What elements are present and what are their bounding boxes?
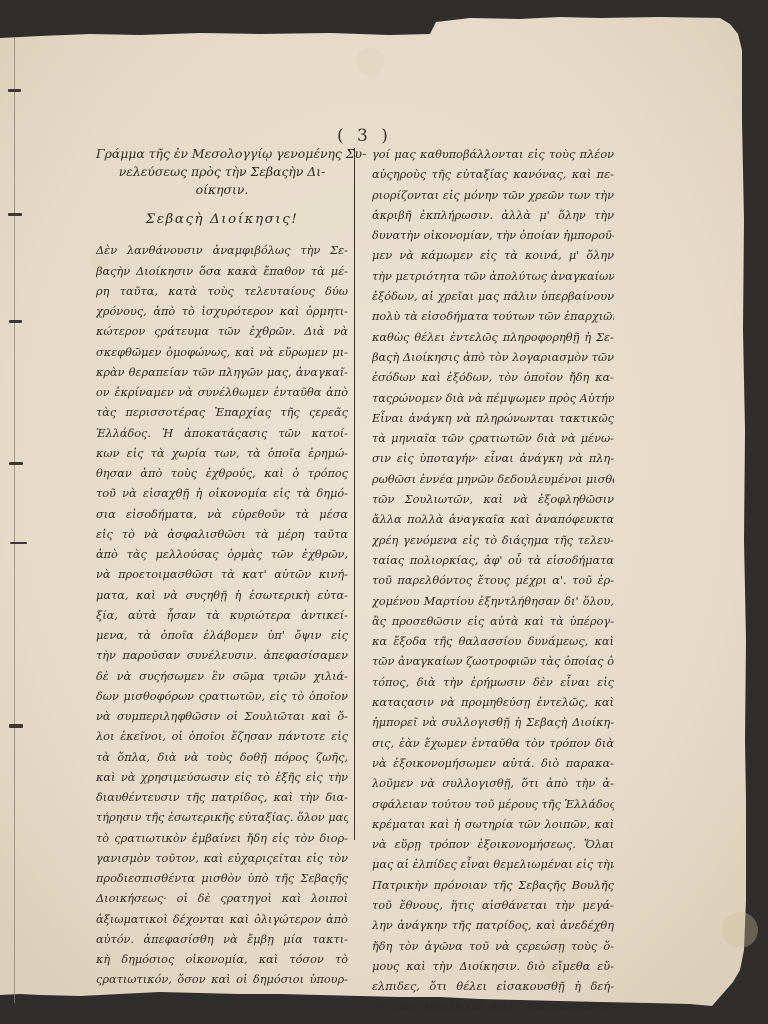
- text-line: κὴ δημόσιος οἰκονομία, καὶ τόσον τὸ: [96, 950, 348, 970]
- text-line: βαςὴ Διοίκησις ἀπὸ τὸν λογαριασμὸν τῶν: [372, 348, 614, 368]
- text-line: διαυθέντευσιν τῆς πατρίδος, καὶ τὴν δια-: [96, 788, 348, 808]
- text-line: αὐςηροὺς τῆς εὐταξίας κανόνας, καὶ πε-: [372, 165, 614, 185]
- text-line: βαςὴν Διοίκησιν ὅσα κακὰ ἔπαθον τὰ μέ-: [96, 262, 348, 282]
- text-line: τῶν ἀναγκαίων ζωοτροφιῶν τὰς ὁποίας ὁ: [372, 652, 614, 672]
- text-line: τοῦ νὰ εἰσαχθῇ ἡ οἰκονομία εἰς τὰ δημό-: [96, 484, 348, 504]
- text-line: ελπιδες, ὅτι θέλει εἰσακουσθῇ ἡ δεή-: [372, 977, 614, 997]
- text-line: ρωθῶσι ἐννέα μηνῶν δεδουλευμένοι μισθοὶ: [372, 470, 614, 490]
- text-line: σις, ἐὰν ἔχωμεν ἐνταῦθα τὸν τρόπον διὰ: [372, 734, 614, 754]
- binding-fold-line: [14, 38, 15, 1003]
- text-line: σίς μας, ἐπειδὴ καὶ ἡμεῖς προσπαθοῦντες: [372, 997, 614, 1017]
- text-line: ἂς προσεθῶσιν εἰς αὐτὰ καὶ τὰ ὑπέρογ-: [372, 612, 614, 632]
- text-line: τὸ ςρατιωτικὸν ἐμβαίνει ἤδη εἰς τὸν διορ…: [96, 829, 348, 849]
- text-line: νὰ συμπεριληφθῶσιν οἱ Σουλιῶται καὶ ὅ-: [96, 707, 348, 727]
- letter-heading: Γράμμα τῆς ἐν Μεσολογγίῳ γενομένης Συ- ν…: [96, 145, 348, 198]
- text-line: τοῦ παρελθόντος ἔτους μέχρι α'. τοῦ ἐρ-: [372, 571, 614, 591]
- text-line: νὰ ἐξοικονομήσωμεν αὐτά. διὸ παρακα-: [372, 754, 614, 774]
- text-line: κώτερον ςράτευμα τῶν ἐχθρῶν. Διὰ νὰ: [96, 322, 348, 342]
- text-line: Διοικήσεως· οἱ δὲ ςρατηγοὶ καὶ λοιποὶ: [96, 889, 348, 909]
- text-line: Εἶναι ἀνάγκη νὰ πληρώνωνται τακτικῶς: [372, 409, 614, 429]
- text-line: καταςασιν νὰ προμηθεύσῃ ἐντελῶς, καὶ: [372, 693, 614, 713]
- text-line: κρὰν θεραπείαν τῶν πληγῶν μας, ἀναγκαῖ-: [96, 363, 348, 383]
- text-line: σφάλειαν τούτου τοῦ μέρους τῆς Ἑλλάδος: [372, 795, 614, 815]
- text-line: τὰς περισσοτέρας Ἐπαρχίας τῆς ςερεᾶς: [96, 403, 348, 423]
- text-line: ἄλλα πολλὰ ἀναγκαῖα καὶ ἀναπόφευκτα: [372, 510, 614, 530]
- text-line: λοι ἐκεῖνοι, οἱ ὁποῖοι ἔζησαν πάντοτε εἰ…: [96, 727, 348, 747]
- text-line: μενα, τὰ ὁποῖα ἐλάβομεν ὑπ' ὄψιν εἰς: [96, 626, 348, 646]
- text-line: γοί μας καθυποβάλλονται εἰς τοὺς πλέον: [372, 145, 614, 165]
- text-line: δυνατὴν οἰκονομίαν, τὴν ὁποίαν ἠμποροῦ-: [372, 226, 614, 246]
- text-line: μεν νὰ κάμωμεν εἰς τὰ κοινά, μ' ὅλην: [372, 246, 614, 266]
- text-line: ἀξιωματικοὶ δέχονται καὶ ὀλιγώτερον ἀπὸ: [96, 910, 348, 930]
- heading-line: οίκησιν.: [96, 181, 348, 199]
- text-line: τὰ μηνιαῖα τῶν ςρατιωτῶν διὰ νὰ μένω-: [372, 429, 614, 449]
- text-line: θησαν ἀπὸ τοὺς ἐχθρούς, καὶ ὁ τρόπος: [96, 464, 348, 484]
- text-line: τοῦ ἔθνους, ἥτις αἰσθάνεται τὴν μεγά-: [372, 896, 614, 916]
- left-column-body: Δὲν λανθάνουσιν ἀναμφιβόλως τὴν Σε- βαςὴ…: [96, 241, 348, 990]
- text-line: ριορίζονται εἰς μόνην τῶν χρεῶν των τὴν: [372, 186, 614, 206]
- text-line: ἐξόδων, αἱ χρεῖαι μας πάλιν ὑπερβαίνουν: [372, 287, 614, 307]
- text-line: δων μισθοφόρων ςρατιωτῶν, εἰς τὸ ὁποῖον: [96, 687, 348, 707]
- text-line: τῶν Σουλιωτῶν, καὶ νὰ ἐξοφληθῶσιν: [372, 490, 614, 510]
- binding-stitch-mark: [8, 89, 21, 92]
- page-number: ( 3 ): [337, 126, 392, 146]
- binding-stitch-mark: [9, 462, 23, 465]
- text-line: τὰ ὅπλα, διὰ νὰ τοὺς δοθῇ πόρος ζωῆς,: [96, 748, 348, 768]
- salutation: Σεβαςὴ Διοίκησις!: [96, 212, 348, 227]
- heading-line: νελεύσεως πρὸς τὴν Σεβαςὴν Δι-: [96, 163, 348, 181]
- text-line: ρη ταῦτα, κατὰ τοὺς τελευταίους δύω: [96, 282, 348, 302]
- column-divider-rule: [354, 148, 355, 840]
- binding-stitch-mark: [10, 542, 27, 544]
- text-line: κρέμαται καὶ ἡ σωτηρία τῶν λοιπῶν, καὶ: [372, 815, 614, 835]
- text-line: νὰ προετοιμασθῶσι τὰ κατ' αὐτῶν κινή-: [96, 565, 348, 585]
- text-line: τὴν παροῦσαν συνέλευσιν. ἀπεφασίσαμεν: [96, 646, 348, 666]
- text-line: ξία, αὐτὰ ἦσαν τὰ κυριώτερα ἀντικεί-: [96, 606, 348, 626]
- text-line: κων εἰς τὰ χωρία των, τὰ ὁποῖα ἐρημώ-: [96, 444, 348, 464]
- text-line: δὲ νὰ συςήσωμεν ἓν σῶμα τριῶν χιλιά-: [96, 667, 348, 687]
- text-line: ἀκριβῆ ἐκπλήρωσιν. ἀλλὰ μ' ὅλην τὴν: [372, 206, 614, 226]
- left-text-column: Γράμμα τῆς ἐν Μεσολογγίῳ γενομένης Συ- ν…: [96, 145, 348, 991]
- text-line: Πατρικὴν πρόνοιαν τῆς Σεβαςῆς Βουλῆς: [372, 876, 614, 896]
- text-line: Ἑλλάδος. Ἡ ἀποκατάςασις τῶν κατοί-: [96, 424, 348, 444]
- text-line: Δὲν λανθάνουσιν ἀναμφιβόλως τὴν Σε-: [96, 241, 348, 261]
- binding-stitch-mark: [9, 320, 22, 323]
- text-line: μους καὶ τὴν Διοίκησιν. διὸ εἴμεθα εὔ-: [372, 957, 614, 977]
- text-line: ἠμπορεῖ νὰ συλλογισθῇ ἡ Σεβαςὴ Διοίκη-: [372, 713, 614, 733]
- text-line: γανισμὸν τοῦτον, καὶ εὐχαριςεῖται εἰς τὸ…: [96, 849, 348, 869]
- text-line: ἐσόδων καὶ ἐξόδων, τὸν ὁποῖον ἤδη κα-: [372, 368, 614, 388]
- text-line: χρέη γενόμενα εἰς τὸ διάςημα τῆς τελευ-: [372, 531, 614, 551]
- text-line: νὰ εὕρῃ τρόπον ἐξοικονομήσεως. Ὅλαι: [372, 835, 614, 855]
- text-line: λην ἀνάγκην τῆς πατρίδος, καὶ ἀνεδέχθη: [372, 916, 614, 936]
- text-line: τὴν μετριότητα τῶν ἀπολύτως ἀναγκαίων: [372, 267, 614, 287]
- right-text-column: γοί μας καθυποβάλλονται εἰς τοὺς πλέον α…: [372, 145, 614, 1018]
- text-line: ςρατιωτικόν, ὅσον καὶ οἱ δημόσιοι ὑπουρ-: [96, 970, 348, 990]
- heading-line: Γράμμα τῆς ἐν Μεσολογγίῳ γενομένης Συ-: [96, 145, 348, 163]
- text-line: ἤδη τὸν ἀγῶνα τοῦ νὰ ςερεώσῃ τοὺς ὅ-: [372, 937, 614, 957]
- binding-stitch-mark: [8, 213, 22, 216]
- text-line: κα ἔξοδα τῆς θαλασσίου δυνάμεως, καὶ: [372, 632, 614, 652]
- text-line: καὶ νὰ χρησιμεύσωσιν εἰς τὸ ἑξῆς εἰς τὴν: [96, 768, 348, 788]
- text-line: τόπος, διὰ τὴν ἐρήμωσιν δὲν εἶναι εἰς: [372, 673, 614, 693]
- text-line: λοῦμεν νὰ συλλογισθῇ, ὅτι ἀπὸ τὴν ἀ-: [372, 774, 614, 794]
- text-line: ματα, καὶ νὰ συςηθῇ ἡ ἐσωτερικὴ εὐτα-: [96, 586, 348, 606]
- text-line: χρόνους, ἀπὸ τὸ ἰσχυρότερον καὶ ὁρμητι-: [96, 302, 348, 322]
- text-line: ον ἐκρίναμεν νὰ συνέλθωμεν ἐνταῦθα ἀπὸ: [96, 383, 348, 403]
- text-line: σιν εἰς ὑποταγήν· εἶναι ἀνάγκη νὰ πλη-: [372, 449, 614, 469]
- text-line: μας αἱ ἐλπίδες εἶναι θεμελιωμέναι εἰς τὴ…: [372, 855, 614, 875]
- text-line: χομένου Μαρτίου ἐξηντλήθησαν δι' ὅλου,: [372, 592, 614, 612]
- text-line: τήρησιν τῆς ἐσωτερικῆς εὐταξίας. ὅλον μα…: [96, 808, 348, 828]
- text-line: σκεφθῶμεν ὁμοφώνως, καὶ νὰ εὕρωμεν μι-: [96, 343, 348, 363]
- text-line: ἀπὸ τὰς μελλούσας ὁρμὰς τῶν ἐχθρῶν,: [96, 545, 348, 565]
- text-line: ταίας πολιορκίας, ἀφ' οὗ τὰ εἰσοδήματα: [372, 551, 614, 571]
- text-line: σια εἰσοδήματα, νὰ εὑρεθοῦν τὰ μέσα: [96, 505, 348, 525]
- text-line: καθὼς θέλει ἐντελῶς πληροφορηθῇ ἡ Σε-: [372, 328, 614, 348]
- text-line: πολὺ τὰ εἰσοδήματα τούτων τῶν ἐπαρχιῶν,: [372, 307, 614, 327]
- text-line: προδιεσπισθέντα μισθὸν ὑπὸ τῆς Σεβαςῆς: [96, 869, 348, 889]
- text-line: αὐτόν. ἀπεφασίσθη νὰ ἔμβῃ μία τακτι-: [96, 930, 348, 950]
- text-line: ταςρώνομεν διὰ νὰ πέμψωμεν πρὸς Αὐτήν.: [372, 389, 614, 409]
- text-line: εἰς τὸ νὰ ἀσφαλισθῶσι τὰ μέρη ταῦτα: [96, 525, 348, 545]
- binding-stitch-mark: [9, 724, 23, 728]
